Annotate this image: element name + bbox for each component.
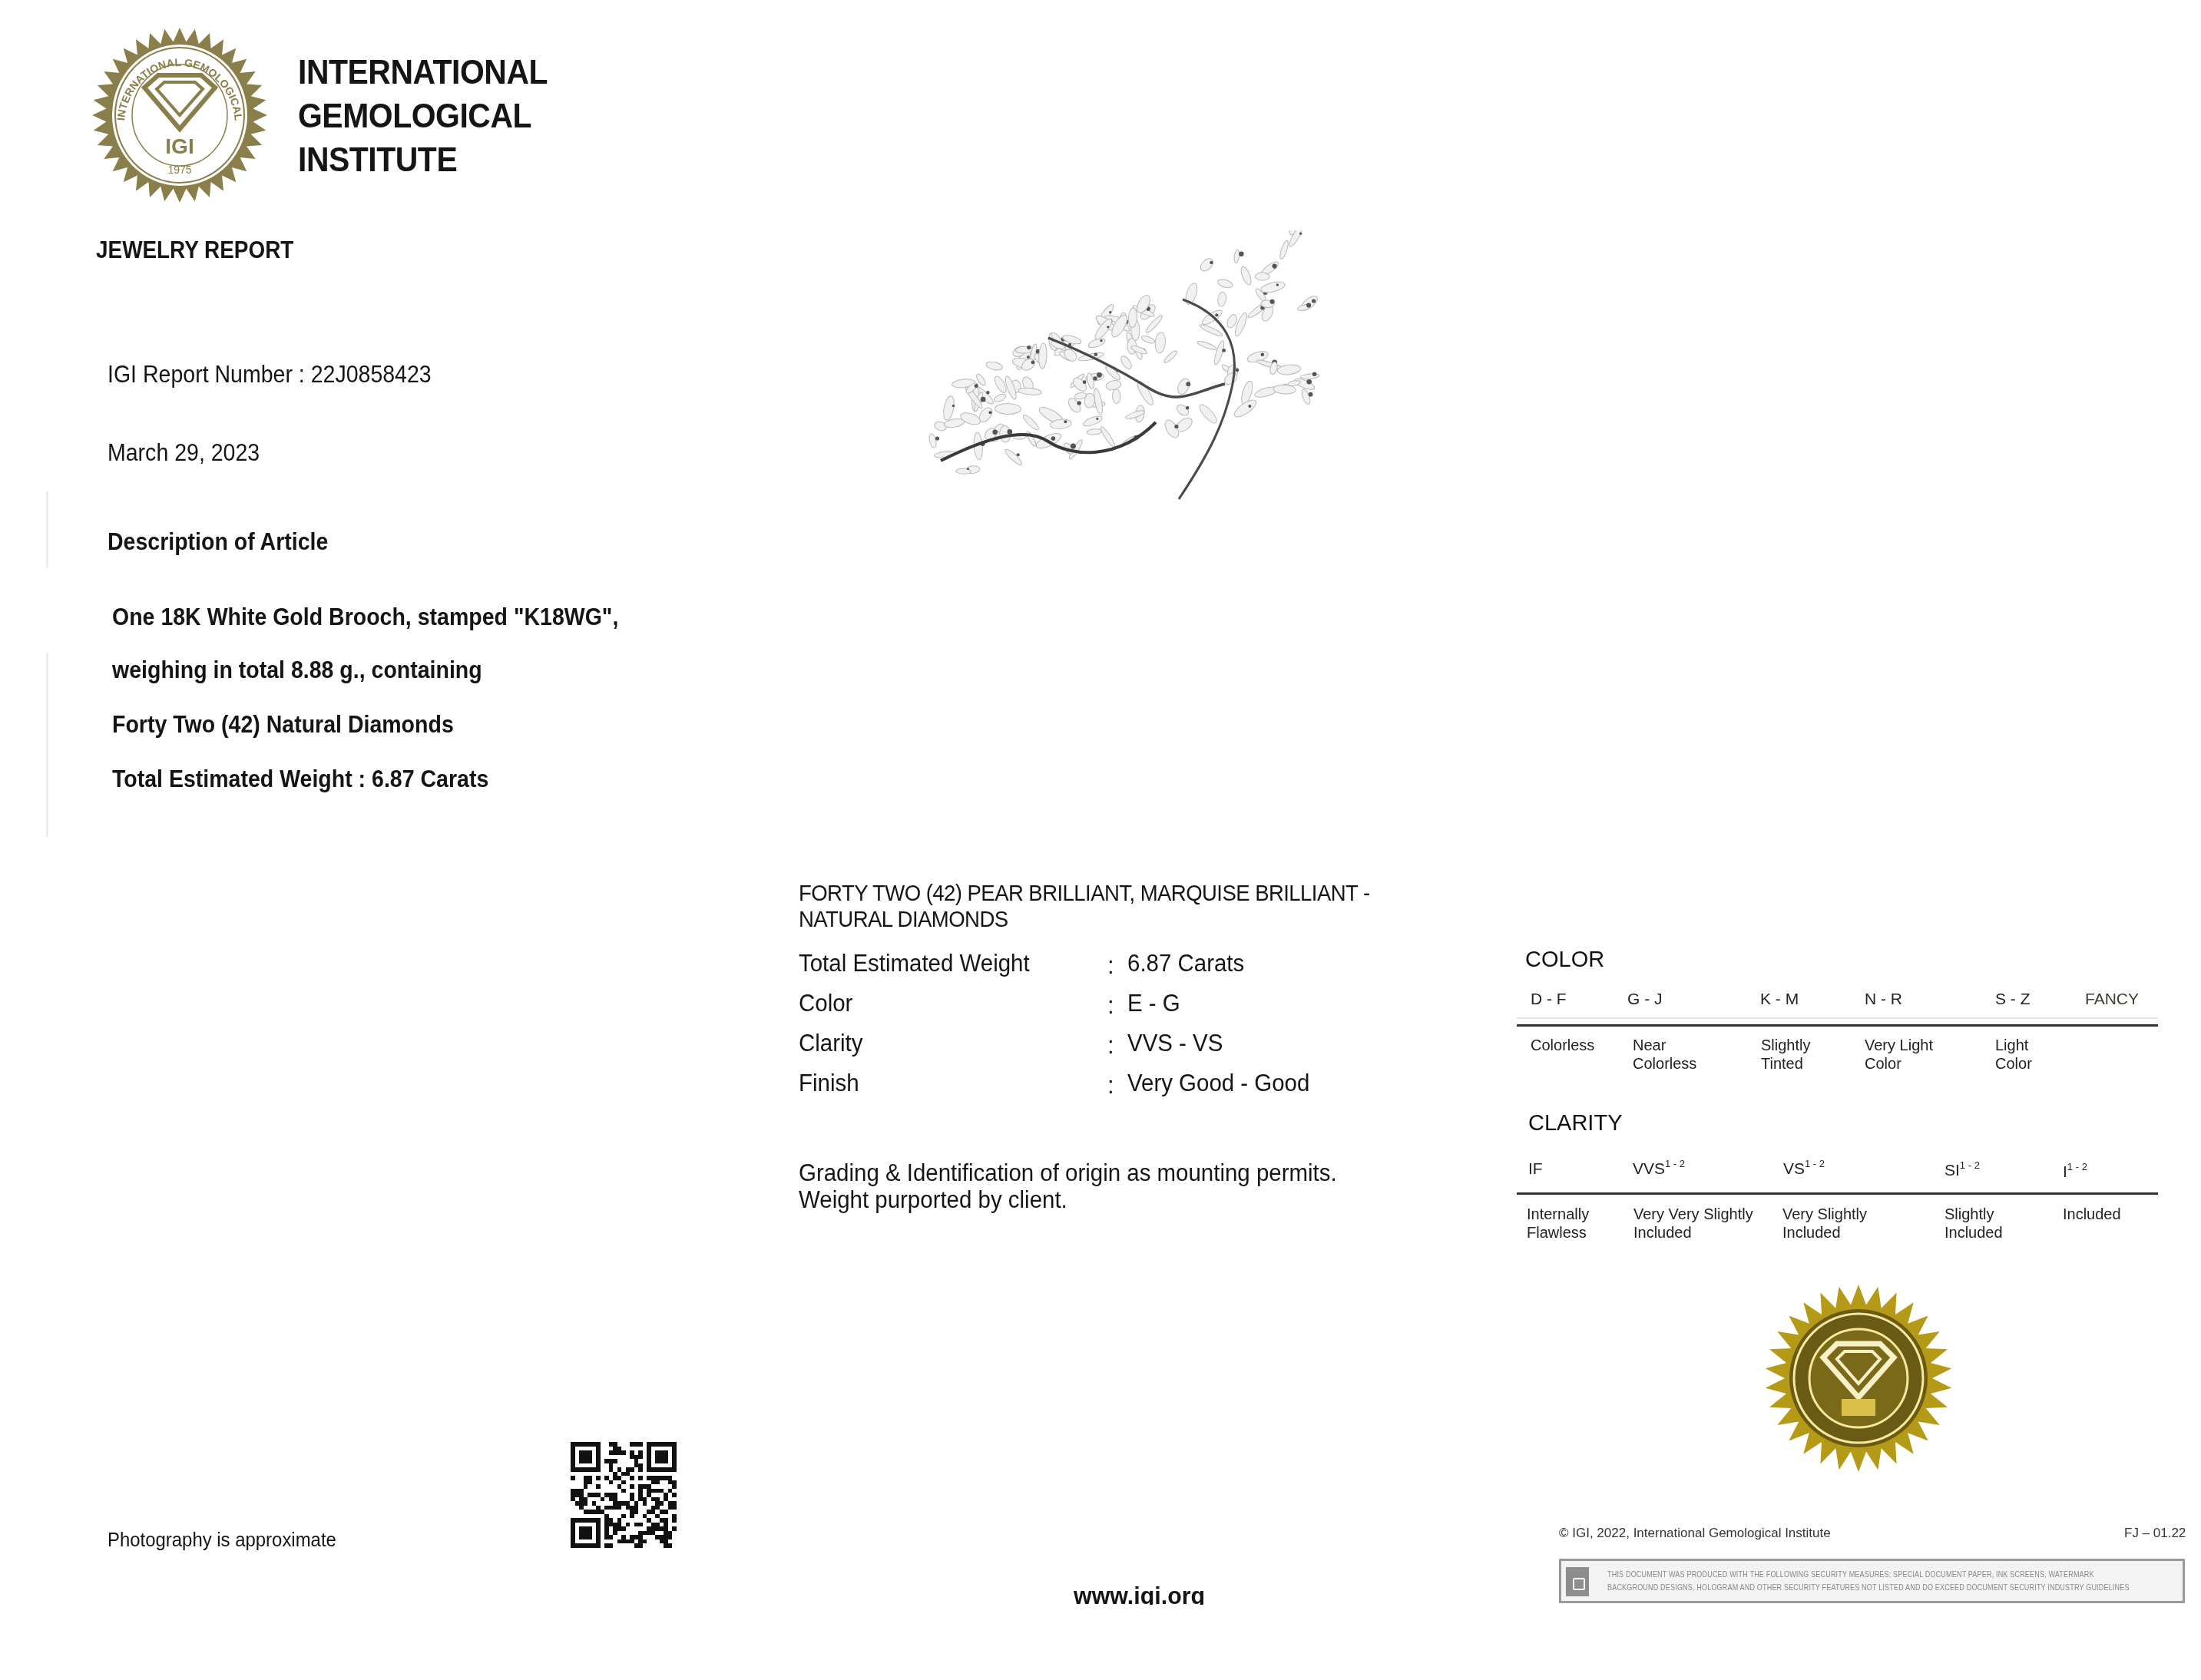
logo-year: 1975	[167, 164, 191, 176]
scale-divider	[1517, 1017, 2158, 1019]
detail-value-weight: 6.87 Carats	[1127, 950, 1244, 977]
clarity-grade-desc: Internally Flawless	[1527, 1205, 1604, 1242]
clarity-scale-title: CLARITY	[1528, 1111, 1622, 1136]
brooch-photo-icon	[918, 230, 1348, 530]
stone-heading-line-1: FORTY TWO (42) PEAR BRILLIANT, MARQUISE …	[799, 881, 1370, 907]
description-line: One 18K White Gold Brooch, stamped "K18W…	[112, 604, 618, 631]
grading-note-line-2: Weight purported by client.	[799, 1186, 1067, 1214]
report-date: March 29, 2023	[108, 439, 260, 467]
clarity-grade: VS1 - 2	[1783, 1158, 1825, 1179]
logo-mark: IGI	[165, 134, 194, 158]
color-grade: FANCY	[2085, 990, 2139, 1009]
detail-value-clarity: VVS - VS	[1127, 1030, 1223, 1057]
color-grade: N - R	[1865, 990, 1902, 1009]
detail-separator: :	[1107, 992, 1114, 1020]
color-grade-desc: Colorless	[1531, 1037, 1615, 1055]
description-line: Forty Two (42) Natural Diamonds	[112, 711, 454, 739]
report-number: IGI Report Number : 22J0858423	[108, 361, 432, 389]
description-line: Total Estimated Weight : 6.87 Carats	[112, 766, 488, 793]
detail-label-clarity: Clarity	[799, 1030, 862, 1057]
clarity-grade: I1 - 2	[2063, 1161, 2087, 1182]
color-grade: S - Z	[1995, 990, 2031, 1009]
margin-rule	[46, 653, 48, 837]
clarity-grade: IF	[1528, 1158, 1543, 1179]
margin-rule	[46, 491, 48, 568]
photography-disclaimer: Photography is approximate	[108, 1528, 336, 1552]
org-name-line-1: INTERNATIONAL	[298, 54, 548, 92]
detail-label-weight: Total Estimated Weight	[799, 950, 1030, 977]
grading-note-line-1: Grading & Identification of origin as mo…	[799, 1159, 1337, 1187]
detail-label-color: Color	[799, 990, 852, 1017]
lock-icon	[1566, 1567, 1589, 1596]
copyright-notice: © IGI, 2022, International Gemological I…	[1559, 1526, 1831, 1541]
security-notice-band: THIS DOCUMENT WAS PRODUCED WITH THE FOLL…	[1559, 1559, 2185, 1603]
org-name-line-2: GEMOLOGICAL	[298, 98, 531, 136]
detail-value-finish: Very Good - Good	[1127, 1070, 1309, 1097]
security-text-line: THIS DOCUMENT WAS PRODUCED WITH THE FOLL…	[1607, 1570, 2094, 1579]
igi-hologram-seal-icon	[1759, 1282, 1958, 1474]
report-type-title: JEWELRY REPORT	[96, 236, 293, 264]
security-text-line: BACKGROUND DESIGNS, HOLOGRAM AND OTHER S…	[1607, 1583, 2130, 1592]
form-code: FJ – 01.22	[2124, 1526, 2186, 1541]
detail-label-finish: Finish	[799, 1070, 859, 1097]
detail-separator: :	[1107, 1032, 1114, 1060]
clarity-grade: VVS1 - 2	[1633, 1158, 1685, 1179]
description-heading: Description of Article	[108, 528, 328, 556]
color-scale-title: COLOR	[1525, 947, 1604, 973]
scale-divider	[1517, 1024, 2158, 1027]
org-name-line-3: INSTITUTE	[298, 141, 457, 180]
color-grade-desc: Light Color	[1995, 1037, 2049, 1073]
color-grade-desc: Slightly Tinted	[1761, 1037, 1830, 1073]
detail-separator: :	[1107, 1072, 1114, 1100]
clarity-grade: SI1 - 2	[1944, 1159, 1980, 1180]
stone-heading-line-2: NATURAL DIAMONDS	[799, 908, 1008, 933]
detail-separator: :	[1107, 952, 1114, 980]
website-link[interactable]: www.igi.org	[1074, 1582, 1205, 1605]
description-line: weighing in total 8.88 g., containing	[112, 656, 482, 684]
color-grade: D - F	[1531, 990, 1567, 1009]
clarity-grade-desc: Included	[2063, 1205, 2140, 1224]
scale-divider	[1517, 1192, 2158, 1195]
color-grade: G - J	[1627, 990, 1663, 1009]
clarity-grade-desc: Very Slightly Included	[1782, 1205, 1909, 1242]
qr-code-icon[interactable]	[571, 1442, 677, 1548]
detail-value-color: E - G	[1127, 990, 1180, 1017]
color-grade-desc: Very Light Color	[1865, 1037, 1945, 1073]
clarity-grade-desc: Slightly Included	[1944, 1205, 2014, 1242]
color-grade-desc: Near Colorless	[1633, 1037, 1717, 1073]
color-grade: K - M	[1760, 990, 1799, 1009]
clarity-grade-desc: Very Very Slightly Included	[1633, 1205, 1764, 1242]
igi-seal-logo-icon: INTERNATIONAL GEMOLOGICAL INSTITUTE IGI …	[91, 25, 269, 206]
